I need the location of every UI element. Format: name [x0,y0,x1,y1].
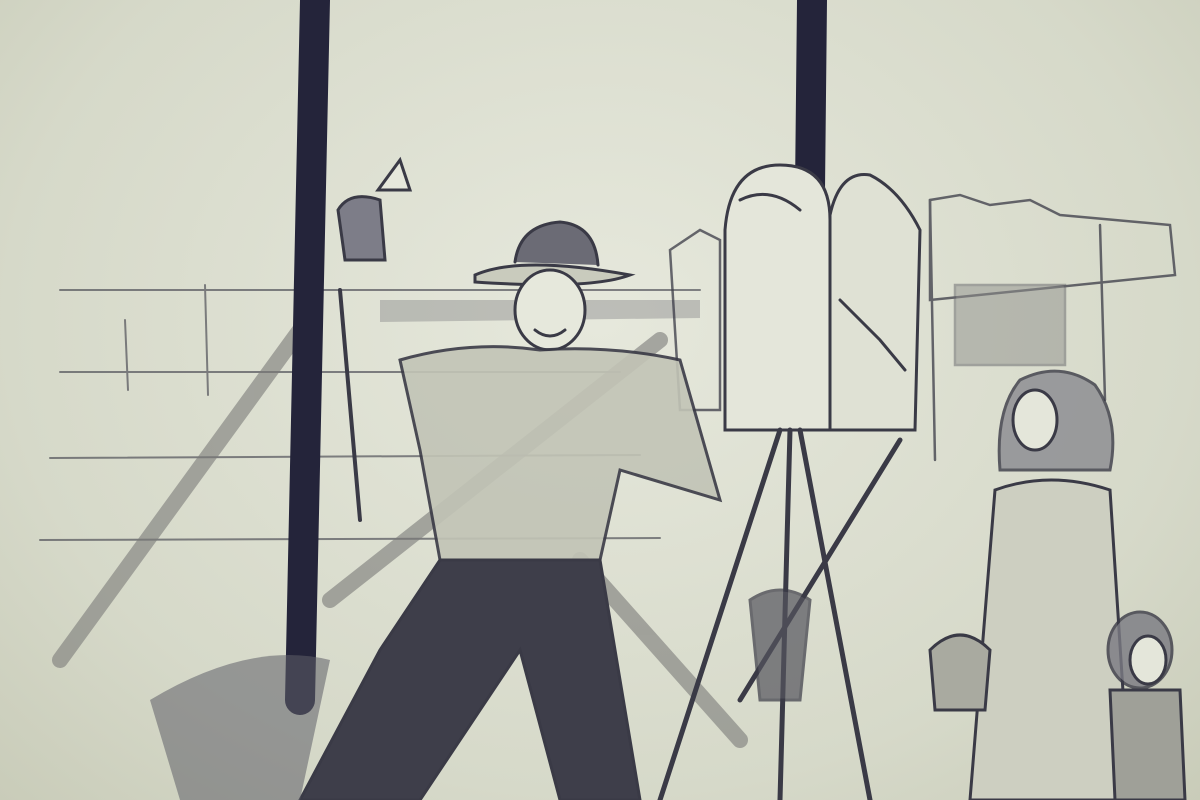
child-figure [1108,612,1185,800]
man-figure [300,160,720,800]
sketch-drawing [0,0,1200,800]
ground-shadow [150,655,330,800]
woman-figure [930,371,1130,800]
illustration: Sketch of a smiling man in a brimmed cam… [0,0,1200,800]
